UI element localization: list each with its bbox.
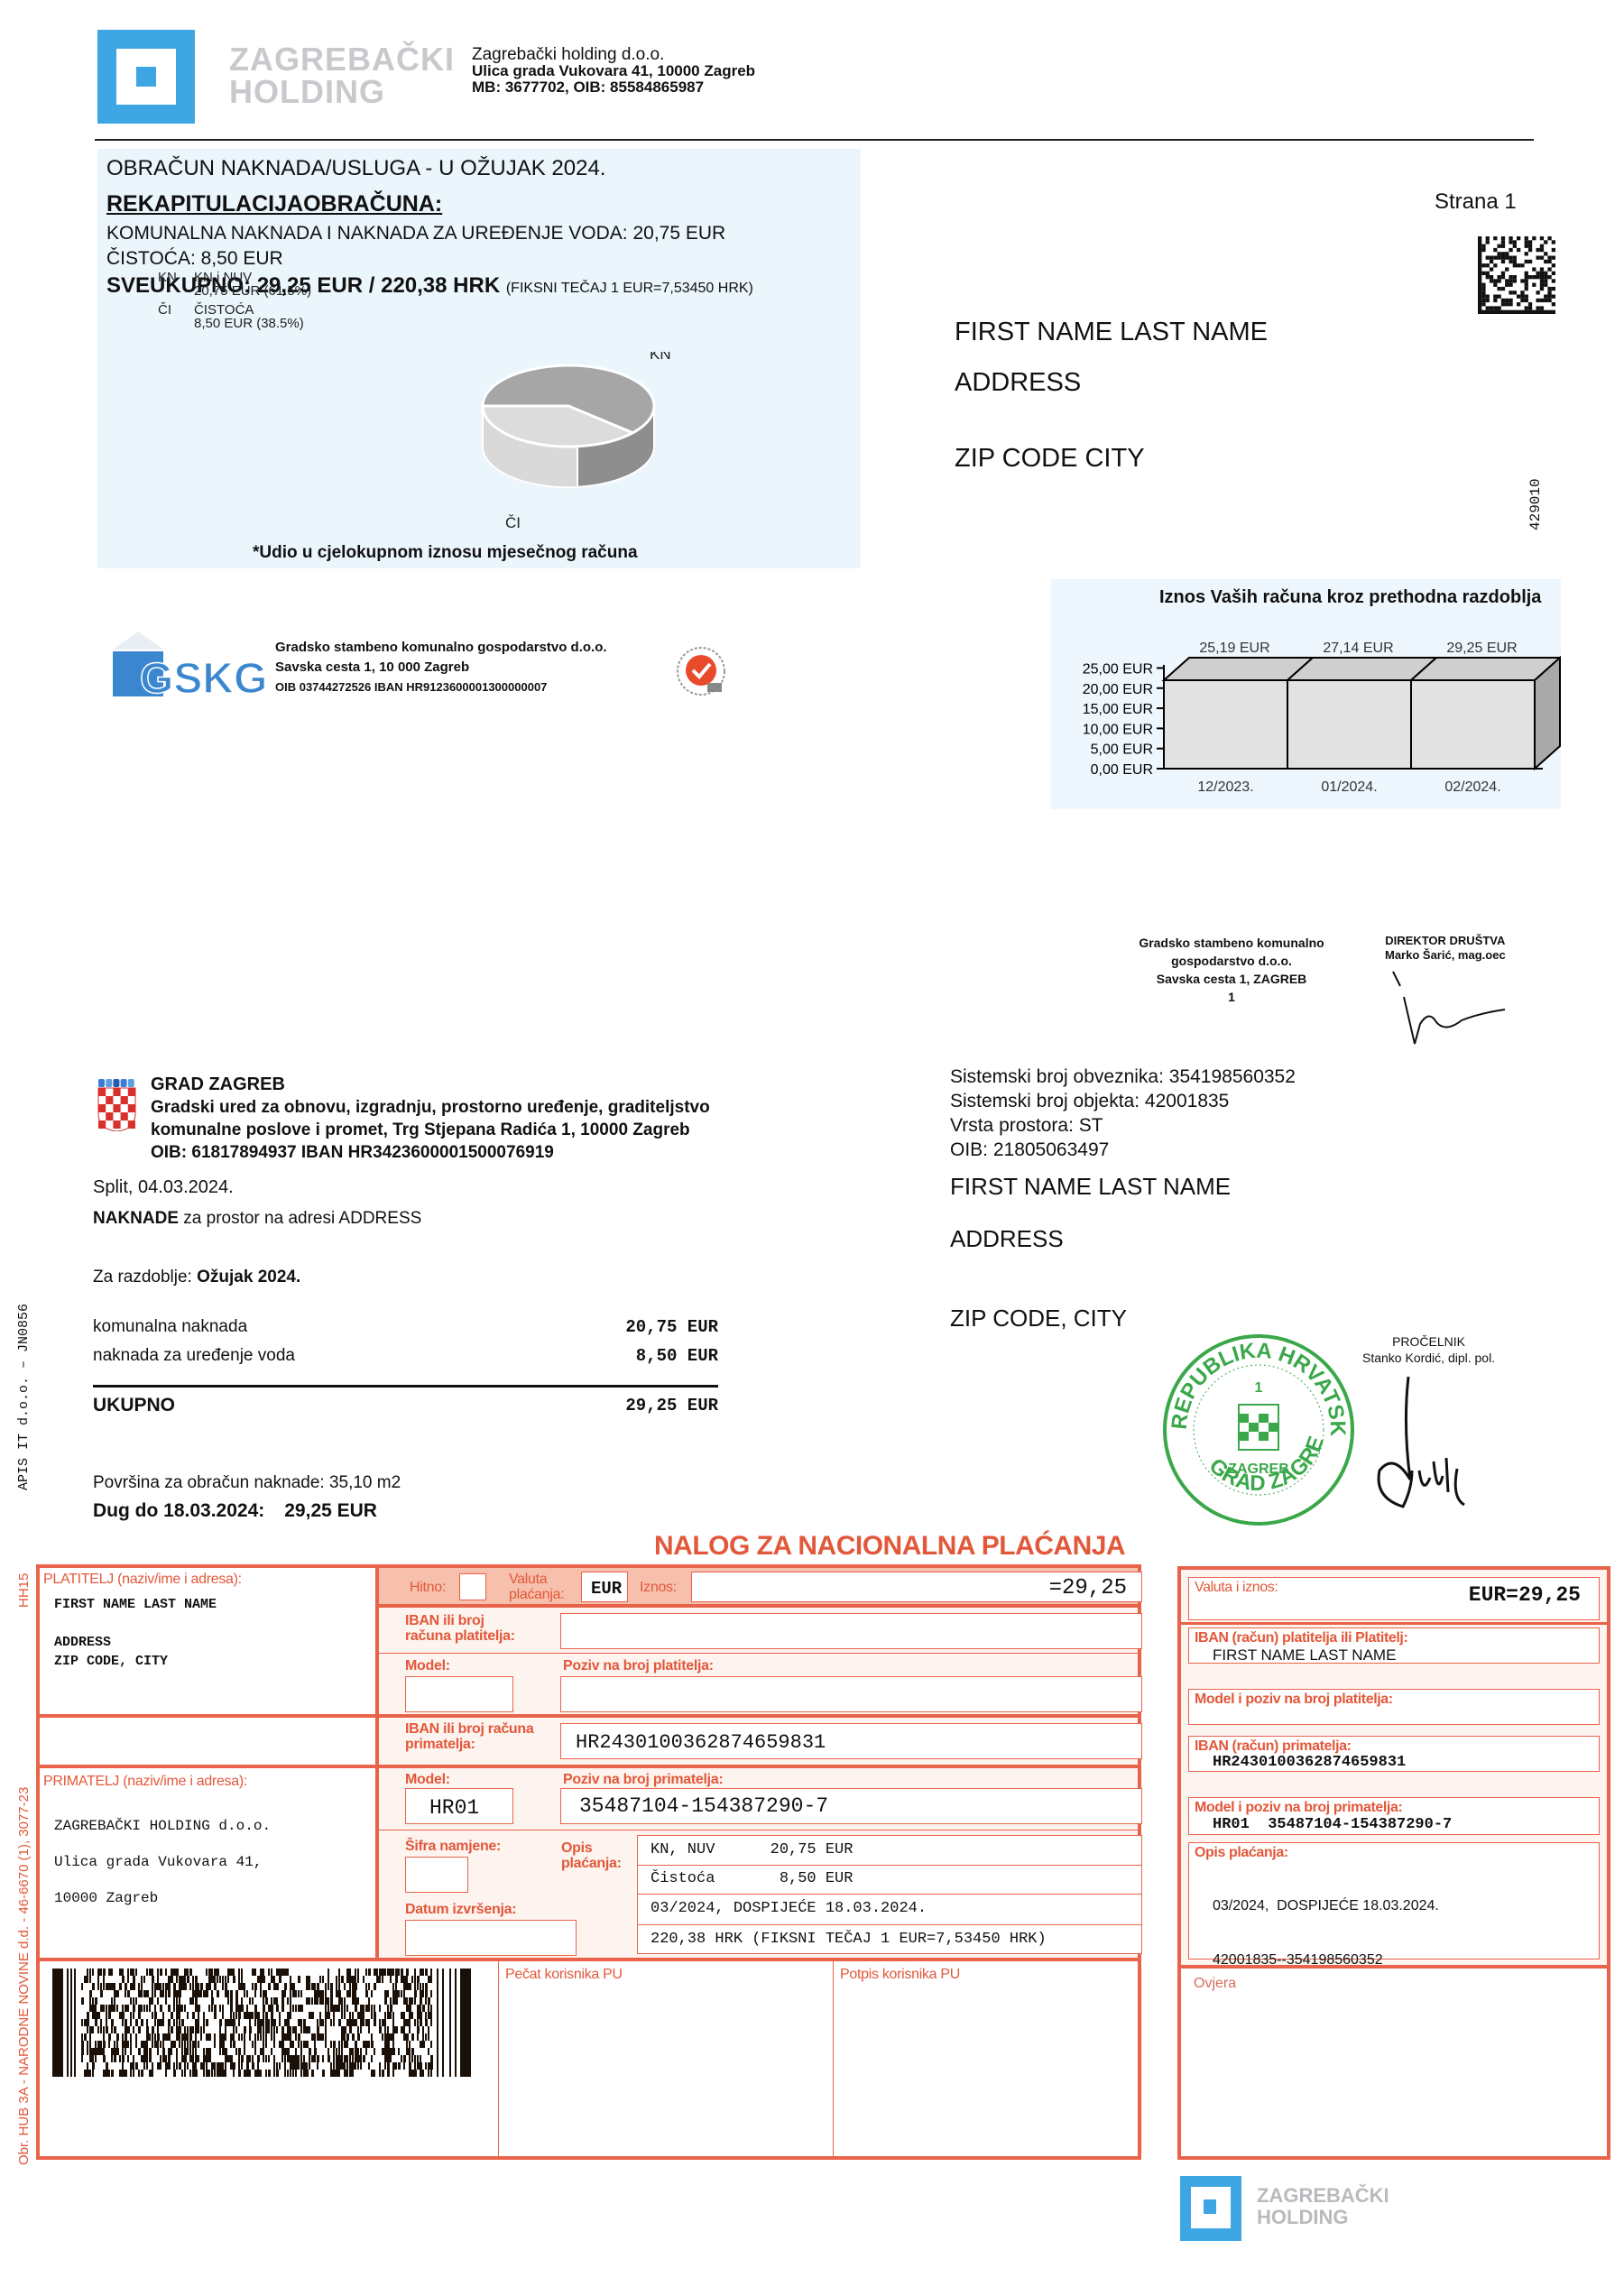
receipt-recipient-ref-value: HR01 35487104-154387290-7 xyxy=(1213,1816,1452,1833)
system-objekt: Sistemski broj objekta: 42001835 xyxy=(950,1089,1296,1113)
svg-text:01/2024.: 01/2024. xyxy=(1321,779,1377,795)
pie-chart: KNČI xyxy=(469,352,704,532)
grad-ids: OIB: 61817894937 IBAN HR3423600001500076… xyxy=(151,1141,710,1164)
receipt-payer-label: IBAN (račun) platitelja ili Platitelj: xyxy=(1195,1630,1407,1646)
receipt-recipient-iban-field[interactable]: IBAN (račun) primatelja: HR2430100362874… xyxy=(1188,1736,1600,1772)
slip-side-code-2: Obr. HUB 3A - NARODNE NOVINE d.d. - 46-6… xyxy=(16,1787,32,2165)
svg-text:ČI: ČI xyxy=(505,514,521,531)
recipient-street: ADDRESS xyxy=(955,357,1268,408)
fee-row: komunalna naknada20,75 EUR xyxy=(93,1313,718,1342)
recipient-ref-field[interactable]: 35487104-154387290-7 xyxy=(560,1788,1142,1824)
coat-of-arms-icon xyxy=(97,1075,137,1131)
grad-zagreb-info: GRAD ZAGREB Gradski ured za obnovu, izgr… xyxy=(151,1074,710,1164)
gskg-signature-block: Gradsko stambeno komunalno gospodarstvo … xyxy=(1119,934,1344,1006)
svg-text:12/2023.: 12/2023. xyxy=(1197,779,1253,795)
gskg-address: Savska cesta 1, 10 000 Zagreb xyxy=(275,658,607,678)
pie-note: *Udio u cjelokupnom iznosu mjesečnog rač… xyxy=(253,543,638,563)
debt-label: Dug do 18.03.2024: xyxy=(93,1500,264,1521)
currency-field[interactable]: EUR xyxy=(581,1572,628,1602)
svg-text:02/2024.: 02/2024. xyxy=(1444,779,1500,795)
bar-chart-title: Iznos Vaših računa kroz prethodna razdob… xyxy=(1159,587,1541,608)
svg-text:27,14 EUR: 27,14 EUR xyxy=(1323,641,1393,656)
svg-text:0,00 EUR: 0,00 EUR xyxy=(1091,762,1153,778)
urgent-checkbox[interactable] xyxy=(459,1573,486,1600)
grad-title: GRAD ZAGREB xyxy=(151,1074,710,1096)
recipient-value[interactable]: ZAGREBAČKI HOLDING d.o.o. Ulica grada Vu… xyxy=(54,1808,271,1916)
recipient-model-value: HR01 xyxy=(429,1796,479,1820)
director-name: Marko Šarić, mag.oec xyxy=(1385,948,1506,963)
procelnik-block: PROČELNIK Stanko Kordić, dipl. pol. xyxy=(1362,1333,1495,1366)
period-line: Za razdoblje: Ožujak 2024. xyxy=(93,1268,300,1287)
recipient-zip-city: ZIP CODE CITY xyxy=(955,433,1268,484)
sign-line: 1 xyxy=(1119,988,1344,1006)
receipt-recipient-iban-label: IBAN (račun) primatelja: xyxy=(1195,1738,1352,1755)
recipient-name: FIRST NAME LAST NAME xyxy=(950,1173,1231,1201)
payer-value[interactable]: FIRST NAME LAST NAME ADDRESS ZIP CODE, C… xyxy=(54,1595,217,1671)
datamatrix-code-icon xyxy=(1478,236,1555,314)
legend-detail: 8,50 EUR (38.5%) xyxy=(194,317,304,330)
payer-iban-field[interactable] xyxy=(560,1613,1142,1649)
receipt-payer-ref-label: Model i poziv na broj platitelja: xyxy=(1195,1692,1393,1708)
pie-legend: KNKN i NUV20,75 EUR (61.5%) ČIČISTOĆA8,5… xyxy=(158,271,311,336)
divider xyxy=(498,1961,499,2160)
exec-date-field[interactable] xyxy=(405,1920,577,1956)
payer-block: PLATITELJ (naziv/ime i adresa): FIRST NA… xyxy=(40,1568,375,1768)
stamp-label: Pečat korisnika PU xyxy=(505,1967,623,1982)
fee-amount: 8,50 EUR xyxy=(636,1346,718,1366)
currency-label: Valuta plaćanja: xyxy=(509,1572,572,1602)
payer-line: ADDRESS xyxy=(54,1633,217,1652)
page-number: Strana 1 xyxy=(1435,189,1517,215)
recipient-model-label: Model: xyxy=(405,1772,450,1787)
naknade-rest: za prostor na adresi ADDRESS xyxy=(179,1209,421,1228)
legend-item: KNKN i NUV20,75 EUR (61.5%) xyxy=(158,271,311,298)
payer-model-field[interactable] xyxy=(405,1676,513,1712)
gskg-name: Gradsko stambeno komunalno gospodarstvo … xyxy=(275,638,607,658)
company-address: Ulica grada Vukovara 41, 10000 Zagreb xyxy=(472,63,755,79)
brand-wordmark-footer: ZAGREBAČKI HOLDING xyxy=(1257,2185,1389,2228)
system-obveznik: Sistemski broj obveznika: 354198560352 xyxy=(950,1065,1296,1089)
recap-heading: REKAPITULACIJAOBRAČUNA: xyxy=(106,191,442,217)
receipt-amount-field[interactable]: Valuta i iznos: EUR=29,25 xyxy=(1188,1577,1600,1620)
description-line: 03/2024, DOSPIJEĆE 18.03.2024. xyxy=(651,1900,927,1917)
system-info: Sistemski broj obveznika: 354198560352 S… xyxy=(950,1065,1296,1162)
office-line-1: Gradski ured za obnovu, izgradnju, prost… xyxy=(151,1096,710,1119)
divider xyxy=(833,1961,834,2160)
recipient-address: FIRST NAME LAST NAME ADDRESS ZIP CODE CI… xyxy=(955,307,1268,484)
recipient-line: Ulica grada Vukovara 41, xyxy=(54,1844,271,1880)
receipt-verify-label: Ovjera xyxy=(1194,1976,1236,1992)
brand-line-2: HOLDING xyxy=(229,76,455,108)
description-line: 220,38 HRK (FIKSNI TEČAJ 1 EUR=7,53450 H… xyxy=(651,1931,1047,1948)
receipt-recipient-ref-label: Model i poziv na broj primatelja: xyxy=(1195,1800,1402,1816)
legend-name: ČISTOĆA xyxy=(194,303,304,317)
sign-line: Gradsko stambeno komunalno xyxy=(1119,934,1344,952)
period-value: Ožujak 2024. xyxy=(197,1268,300,1286)
fee-label: komunalna naknada xyxy=(93,1317,247,1337)
amount-field[interactable]: =29,25 xyxy=(691,1572,1142,1602)
svg-text:1: 1 xyxy=(1255,1380,1263,1396)
payer-ref-label: Poziv na broj platitelja: xyxy=(563,1658,714,1674)
receipt-payer-value: FIRST NAME LAST NAME xyxy=(1213,1646,1396,1664)
legend-code: ČI xyxy=(158,303,194,330)
summary-title: OBRAČUN NAKNADA/USLUGA - U OŽUJAK 2024. xyxy=(106,156,605,181)
currency-value: EUR xyxy=(591,1579,622,1599)
section-divider xyxy=(40,1714,1138,1718)
receipt-recipient-iban-value: HR2430100362874659831 xyxy=(1213,1754,1406,1771)
total-label: UKUPNO xyxy=(93,1395,175,1416)
procelnik-title: PROČELNIK xyxy=(1362,1333,1495,1350)
place-date: Split, 04.03.2024. xyxy=(93,1177,234,1198)
slip-title: NALOG ZA NACIONALNA PLAĆANJA xyxy=(654,1531,1125,1562)
divider xyxy=(375,1768,379,1958)
summary-line-cistoca: ČISTOĆA: 8,50 EUR xyxy=(106,248,283,270)
recipient-iban-label: IBAN ili broj računa primatelja: xyxy=(405,1721,549,1752)
recipient-name: FIRST NAME LAST NAME xyxy=(955,307,1268,357)
naknade-line: NAKNADE za prostor na adresi ADDRESS xyxy=(93,1209,421,1229)
fee-amount: 20,75 EUR xyxy=(625,1317,718,1337)
oib: OIB: 21805063497 xyxy=(950,1138,1296,1162)
brand-wordmark: ZAGREBAČKI HOLDING xyxy=(229,43,455,108)
procelnik-name: Stanko Kordić, dipl. pol. xyxy=(1362,1350,1495,1366)
receipt-payer-field[interactable]: IBAN (račun) platitelja ili Platitelj: F… xyxy=(1188,1627,1600,1664)
office-line-2: komunalne poslove i promet, Trg Stjepana… xyxy=(151,1119,710,1141)
side-code-3: APIS IT d.o.o. – JN0856 xyxy=(16,1304,32,1490)
recipient-line: 10000 Zagreb xyxy=(54,1880,271,1916)
area-line: Površina za obračun naknade: 35,10 m2 xyxy=(93,1473,401,1493)
recipient-iban-value: HR2430100362874659831 xyxy=(576,1731,826,1754)
receipt-description-label: Opis plaćanja: xyxy=(1195,1845,1288,1861)
recipient-label: PRIMATELJ (naziv/ime i adresa): xyxy=(43,1774,247,1789)
legend-code: KN xyxy=(158,271,194,298)
receipt-verify-area[interactable]: Ovjera xyxy=(1181,1969,1607,2156)
payer-line: ZIP CODE, CITY xyxy=(54,1652,217,1671)
divider xyxy=(379,1604,1138,1608)
header-divider xyxy=(95,139,1534,141)
svg-text:10,00 EUR: 10,00 EUR xyxy=(1083,722,1153,737)
receipt-description-field[interactable]: Opis plaćanja: 03/2024, DOSPIJEĆE 18.03.… xyxy=(1188,1842,1600,1959)
sign-line: Savska cesta 1, ZAGREB xyxy=(1119,970,1344,988)
fee-label: naknada za uređenje voda xyxy=(93,1346,295,1366)
payer-iban-label: IBAN ili broj računa platitelja: xyxy=(405,1613,531,1644)
amount-value: =29,25 xyxy=(1049,1576,1127,1600)
description-field[interactable]: KN, NUV 20,75 EUR Čistoća 8,50 EUR 03/20… xyxy=(637,1835,1142,1954)
side-code-1: 429010 xyxy=(1527,478,1544,530)
receipt-recipient-ref-field[interactable]: Model i poziv na broj primatelja: HR01 3… xyxy=(1188,1797,1600,1835)
svg-text:GSKG: GSKG xyxy=(140,655,266,696)
company-info: Zagrebački holding d.o.o. Ulica grada Vu… xyxy=(472,47,755,96)
company-ids: MB: 3677702, OIB: 85584865987 xyxy=(472,79,755,96)
svg-text:ZAGREB: ZAGREB xyxy=(1228,1462,1289,1477)
svg-text:KN: KN xyxy=(650,352,671,363)
legend-item: ČIČISTOĆA8,50 EUR (38.5%) xyxy=(158,303,311,330)
recipient-block: PRIMATELJ (naziv/ime i adresa): ZAGREBAČ… xyxy=(40,1768,375,1958)
gskg-logo: GSKG xyxy=(113,632,266,696)
recipient-ref-value: 35487104-154387290-7 xyxy=(579,1794,828,1818)
recipient-model-field[interactable]: HR01 xyxy=(405,1788,513,1824)
divider xyxy=(379,1653,1138,1654)
naknade-bold: NAKNADE xyxy=(93,1209,179,1228)
brand-line-1: ZAGREBAČKI xyxy=(1257,2185,1389,2207)
zagrebacki-holding-logo xyxy=(97,30,195,124)
payer-ref-field[interactable] xyxy=(560,1676,1142,1712)
svg-text:20,00 EUR: 20,00 EUR xyxy=(1083,682,1153,697)
urgent-label: Hitno: xyxy=(410,1580,446,1595)
description-label: Opis plaćanja: xyxy=(561,1840,615,1871)
brand-line-1: ZAGREBAČKI xyxy=(229,43,455,76)
payer-model-label: Model: xyxy=(405,1658,450,1674)
procelnik-signature-icon xyxy=(1367,1371,1484,1516)
payer-label: PLATITELJ (naziv/ime i adresa): xyxy=(43,1572,242,1587)
receipt-description-line: 03/2024, DOSPIJEĆE 18.03.2024. xyxy=(1213,1897,1546,1915)
official-stamp-icon: REPUBLIKA HRVATSKA GRAD ZAGREB 1 ZAGREB xyxy=(1159,1331,1358,1529)
fee-row: naknada za uređenje voda8,50 EUR xyxy=(93,1342,718,1370)
fee-items: komunalna naknada20,75 EUR naknada za ur… xyxy=(93,1313,718,1420)
recipient-line: ZAGREBAČKI HOLDING d.o.o. xyxy=(54,1808,271,1844)
pdf417-barcode-icon xyxy=(52,1969,471,2077)
director-title: DIREKTOR DRUŠTVA xyxy=(1385,934,1506,948)
debt-line: Dug do 18.03.2024:29,25 EUR xyxy=(93,1500,377,1522)
payment-slip: PLATITELJ (naziv/ime i adresa): FIRST NA… xyxy=(36,1564,1141,2160)
space-type: Vrsta prostora: ST xyxy=(950,1113,1296,1138)
recipient-ref-label: Poziv na broj primatelja: xyxy=(563,1772,723,1787)
zagrebacki-holding-logo-footer xyxy=(1180,2176,1241,2241)
svg-text:15,00 EUR: 15,00 EUR xyxy=(1083,702,1153,717)
legend-detail: 20,75 EUR (61.5%) xyxy=(194,284,311,298)
company-name: Zagrebački holding d.o.o. xyxy=(472,47,755,63)
payer-line: FIRST NAME LAST NAME xyxy=(54,1595,217,1614)
purpose-code-label: Šifra namjene: xyxy=(405,1839,501,1854)
summary-line-komunalna: KOMUNALNA NAKNADA I NAKNADA ZA UREĐENJE … xyxy=(106,223,725,244)
svg-text:25,00 EUR: 25,00 EUR xyxy=(1083,661,1153,677)
svg-text:5,00 EUR: 5,00 EUR xyxy=(1091,742,1153,758)
svg-text:25,19 EUR: 25,19 EUR xyxy=(1199,641,1269,656)
divider xyxy=(379,1830,1138,1830)
total-value: 29,25 EUR xyxy=(625,1396,718,1415)
recipient-zip-city: ZIP CODE, CITY xyxy=(950,1305,1127,1332)
receipt-amount-label: Valuta i iznos: xyxy=(1195,1580,1278,1596)
total-row: UKUPNO29,25 EUR xyxy=(93,1391,718,1420)
svg-text:29,25 EUR: 29,25 EUR xyxy=(1446,641,1517,656)
amount-label: Iznos: xyxy=(640,1580,677,1595)
director-signature-icon xyxy=(1389,970,1516,1056)
exec-date-label: Datum izvršenja: xyxy=(405,1902,516,1917)
sign-line: gospodarstvo d.o.o. xyxy=(1119,952,1344,970)
exchange-rate-note: (FIKSNI TEČAJ 1 EUR=7,53450 HRK) xyxy=(506,281,753,296)
receipt-amount-value: EUR=29,25 xyxy=(1469,1583,1581,1607)
bar-chart: 0,00 EUR5,00 EUR10,00 EUR15,00 EUR20,00 … xyxy=(1051,613,1561,807)
purpose-code-field[interactable] xyxy=(405,1857,468,1893)
slip-side-code-1: HH15 xyxy=(16,1573,32,1608)
sign-label: Potpis korisnika PU xyxy=(840,1967,960,1982)
legend-name: KN i NUV xyxy=(194,271,311,284)
recipient-iban-field[interactable]: HR2430100362874659831 xyxy=(560,1723,1142,1759)
receipt-stub: Valuta i iznos: EUR=29,25 IBAN (račun) p… xyxy=(1177,1566,1610,2160)
recipient-street: ADDRESS xyxy=(950,1225,1064,1253)
gskg-ids: OIB 03744272526 IBAN HR91236000013000000… xyxy=(275,678,607,697)
gskg-info: Gradsko stambeno komunalno gospodarstvo … xyxy=(275,638,607,697)
description-line: KN, NUV 20,75 EUR xyxy=(651,1841,853,1858)
certificate-badge-icon xyxy=(675,645,727,697)
receipt-payer-ref-field[interactable]: Model i poziv na broj platitelja: xyxy=(1188,1689,1600,1725)
period-label: Za razdoblje: xyxy=(93,1268,197,1286)
description-line: Čistoća 8,50 EUR xyxy=(651,1870,853,1887)
brand-line-2: HOLDING xyxy=(1257,2207,1389,2228)
total-divider xyxy=(93,1385,718,1388)
director-block: DIREKTOR DRUŠTVA Marko Šarić, mag.oec xyxy=(1385,934,1506,963)
debt-amount: 29,25 EUR xyxy=(284,1500,377,1521)
